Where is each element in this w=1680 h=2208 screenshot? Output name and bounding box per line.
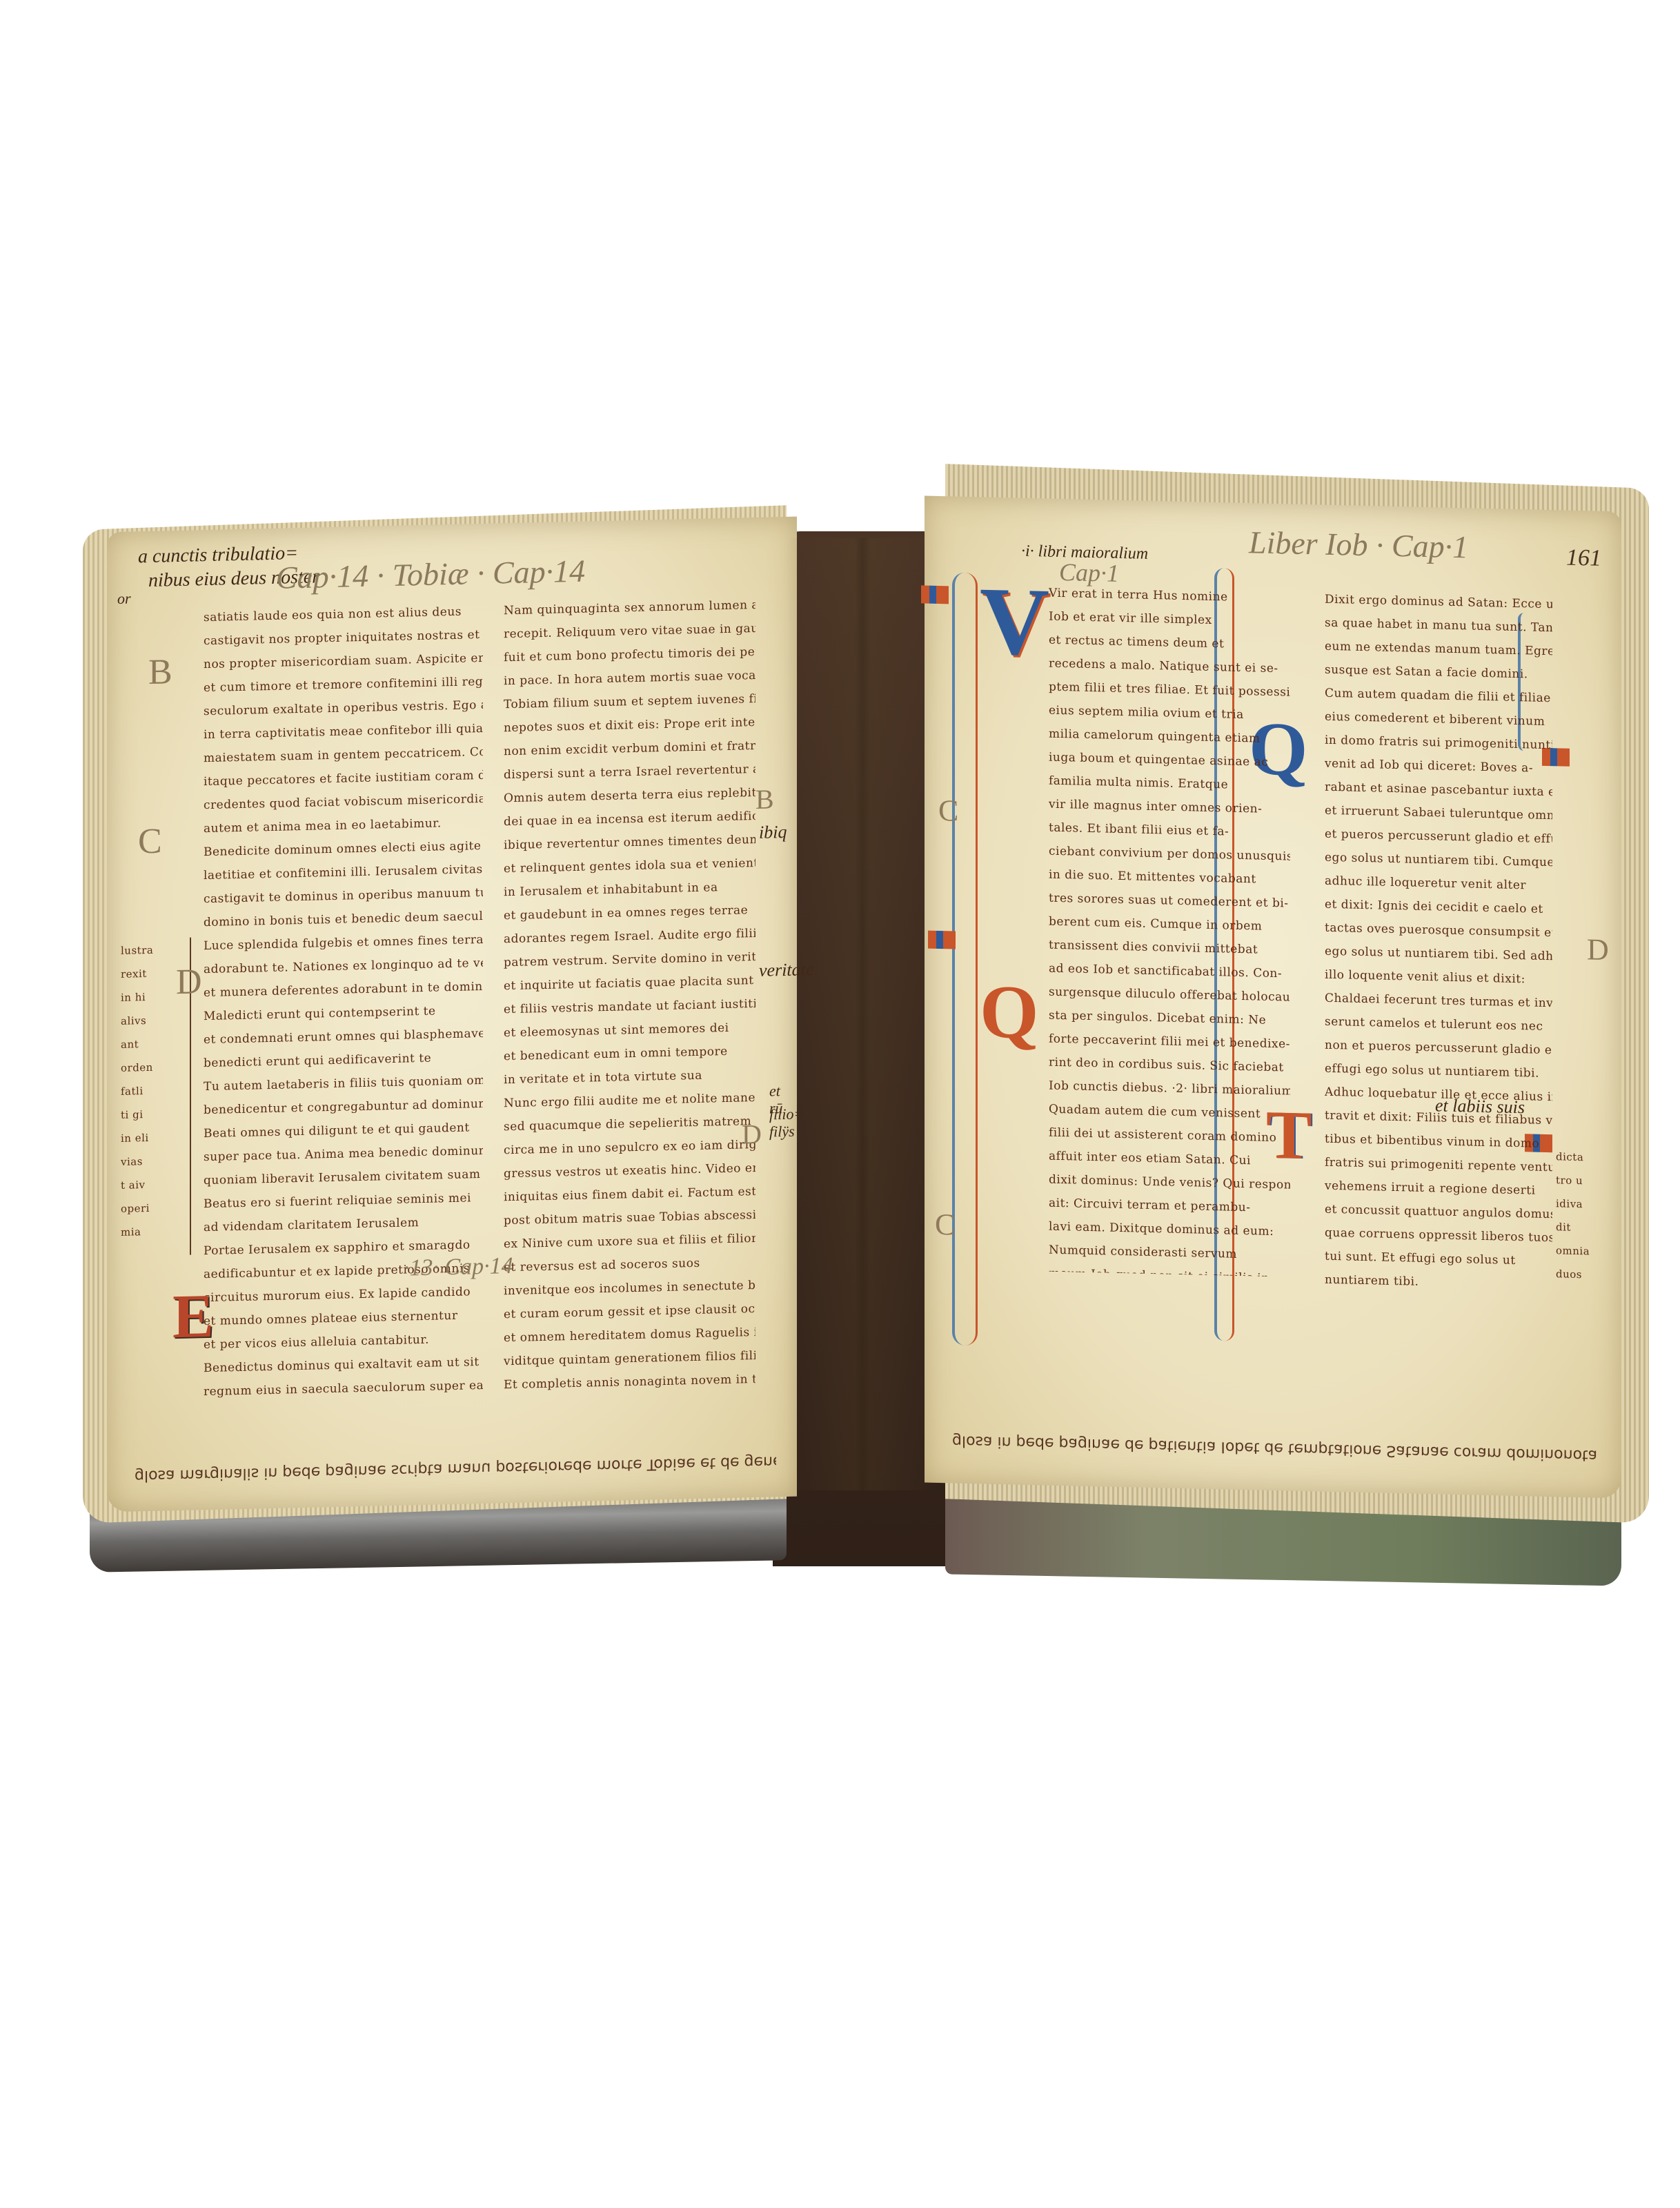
text-line: idiva (1556, 1192, 1611, 1216)
paragraph-mark (921, 585, 949, 604)
margin-letter-C: C (138, 821, 162, 862)
margin-letter-C: C (938, 793, 958, 829)
margin-letter-B-right: B (755, 782, 774, 816)
gloss-text: dictatro uidivaditomniaduos (1556, 1145, 1611, 1287)
text-line: orden (121, 1055, 190, 1080)
right-marginal-gloss: dictatro uidivaditomniaduos (1556, 1145, 1611, 1284)
margin-letter-D: D (176, 961, 202, 1003)
left-bottom-marginalia: glosa marginalis in pede paginae scripta… (135, 1345, 776, 1490)
right-bottom-marginalia: glosa in pede paginae de patientia Iobet… (952, 1324, 1601, 1470)
book-gutter (787, 538, 938, 1490)
text-line: glosa in pede paginae de patientia Iob (952, 1432, 1244, 1456)
right-page-column-a: Vir erat in terra Hus nomineIob et erat … (1049, 582, 1290, 1277)
text-line: nota quod Iob in omnibus non peccavit la… (1563, 1446, 1601, 1470)
running-head-job: Liber Iob · Cap·1 (1249, 524, 1468, 565)
open-manuscript-book: a cunctis tribulatio= nibus eius deus no… (69, 483, 1656, 1552)
top-note-line-1: a cunctis tribulatio= (138, 542, 298, 569)
marginal-note-ibique: ibiq (759, 820, 787, 845)
paragraph-mark (928, 931, 956, 949)
text-line: mia (121, 1219, 190, 1244)
running-head-tobit: Cap·14 · Tobiæ · Cap·14 (276, 553, 585, 596)
text-line: alivs (121, 1008, 190, 1033)
margin-letter-D-right: D (742, 1118, 762, 1151)
text-line: duos (1556, 1262, 1611, 1287)
left-page-column-b: Nam quinquaginta sex annorum lumen amisi… (504, 593, 755, 1392)
text-line: glosa marginalis in pede paginae scripta… (135, 1457, 573, 1484)
text-line: ant (121, 1032, 190, 1056)
text-line: in eli (121, 1125, 190, 1150)
chapter-marker-14: ·13· Cap·14 (404, 1254, 513, 1281)
text-line: tro u (1556, 1168, 1611, 1193)
text-line: vias (121, 1149, 190, 1174)
text-line: fatli (121, 1078, 190, 1103)
text-line: ti gi (121, 1102, 190, 1127)
marginal-note-labiis: et labiis suis (1435, 1094, 1525, 1119)
decorated-initial-E: E (172, 1285, 214, 1348)
right-page: ·i· libri maioralium Liber Iob · Cap·1 C… (925, 496, 1621, 1499)
margin-letter-B: B (148, 651, 172, 693)
left-page: a cunctis tribulatio= nibus eius deus no… (107, 517, 797, 1512)
right-page-column-b: Dixit ergo dominus ad Satan: Ecce univer… (1325, 588, 1552, 1297)
pen-flourish-border-left (952, 572, 978, 1345)
text-line: lustra (121, 938, 190, 963)
text-line: t aiv (121, 1172, 190, 1197)
text-line: omnia (1556, 1239, 1611, 1263)
text-line: dicta (1556, 1145, 1611, 1170)
text-line: dit (1556, 1215, 1611, 1240)
decorated-initial-Q-red: Q (980, 973, 1039, 1050)
text-line: nuntiarem tibi. (1325, 1268, 1552, 1297)
top-note-prefix: or (117, 587, 131, 611)
margin-letter-C-lower: C (935, 1207, 955, 1243)
margin-letter-D: D (1587, 931, 1609, 967)
text-line: de morte Tobiae et de generatione eius i… (573, 1449, 776, 1475)
text-line: et de temptatione Satanae coram domino (1244, 1439, 1563, 1463)
text-line: operi (121, 1196, 190, 1221)
decorated-initial-V: V (980, 573, 1049, 671)
folio-number: 161 (1566, 545, 1601, 572)
